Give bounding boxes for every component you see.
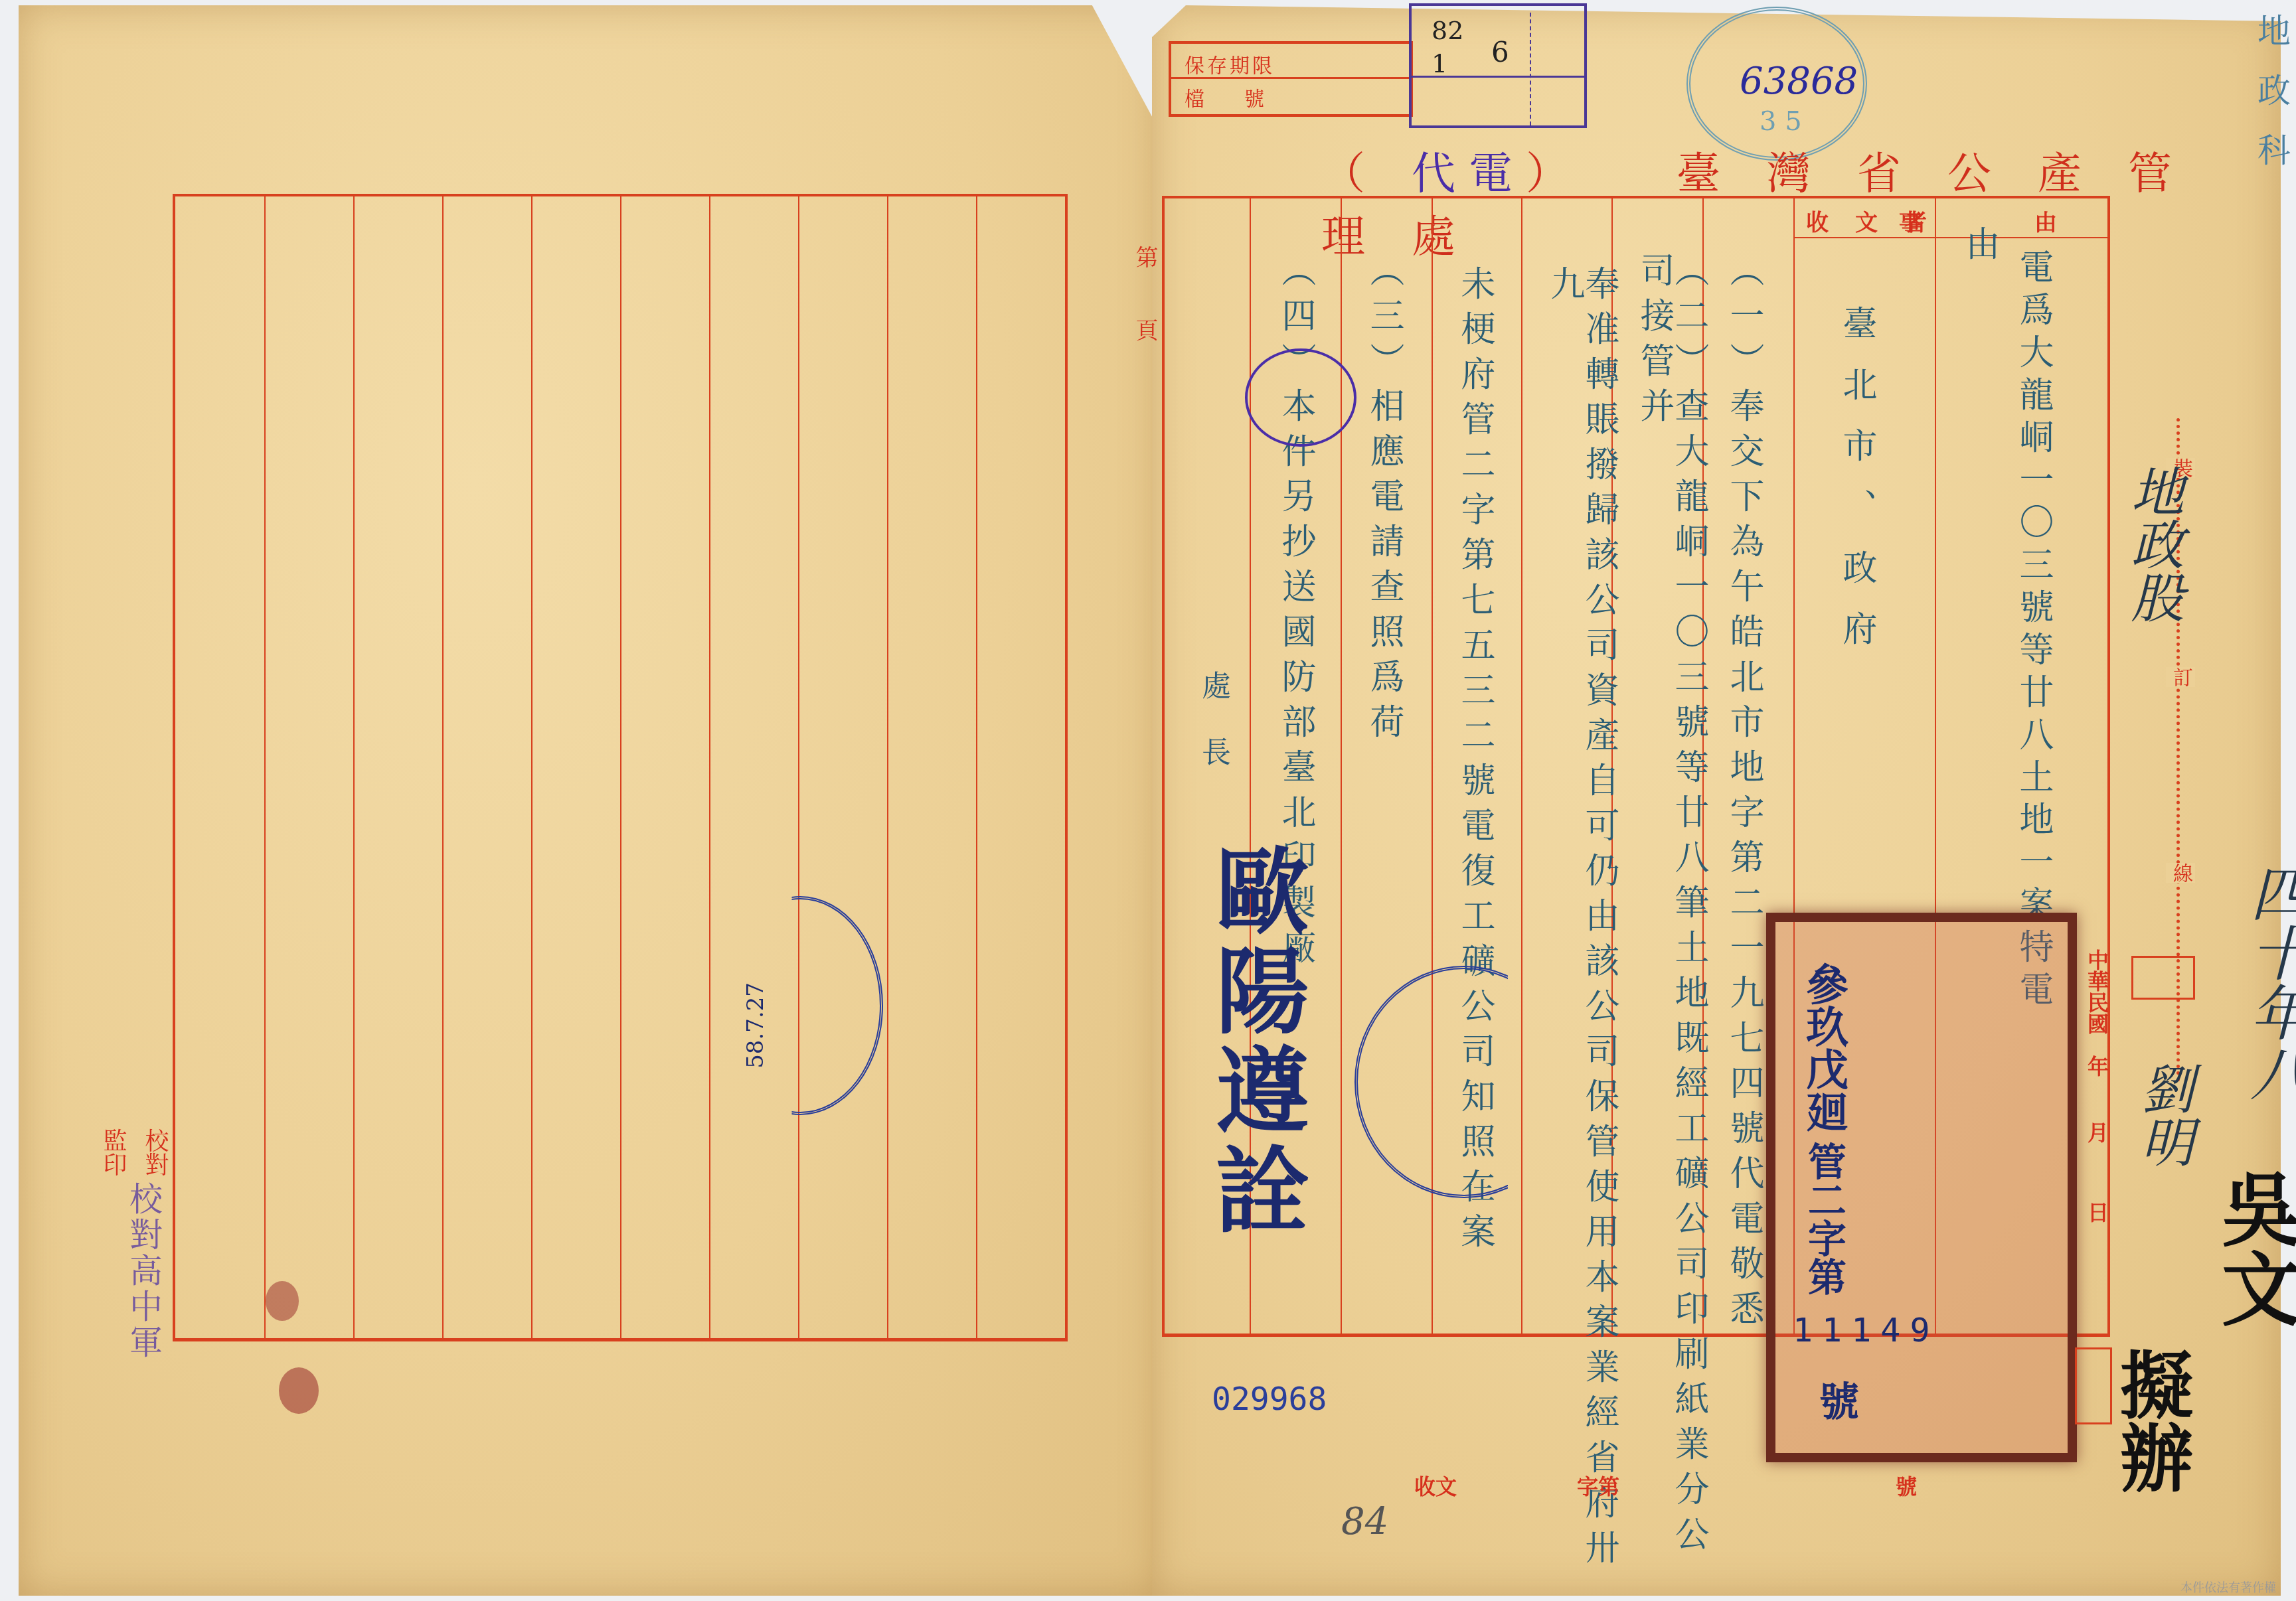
archive-box: 保存期限 檔號: [1169, 41, 1413, 117]
date-era: 中華民國: [2082, 949, 2112, 1034]
seal-label: 監印: [96, 1128, 130, 1176]
seal-issue-suffix: 號: [1819, 1371, 1859, 1428]
seal-issue-word: 管二字第: [1796, 1142, 1852, 1296]
received-number: 63868: [1740, 60, 1858, 103]
file-number-bottom: 1: [1432, 49, 1447, 78]
file-no-label: 檔號: [1185, 82, 1304, 112]
body-item-1: （一）奉交下為午皓北市地字第二一九七四號代電敬悉: [1726, 252, 1761, 1335]
signature-title-zhang: 長: [1192, 737, 1234, 766]
subject-text: 電爲大龍峒一〇三號等廿八土地一案特電: [2016, 249, 2050, 1014]
round-stamp-date-text: 58.7.27: [742, 982, 769, 1069]
ink-blot: [279, 1367, 319, 1414]
date-month: 月: [2082, 1122, 2112, 1143]
body-item-2: （二）查大龍峒一〇三號等廿八筆土地既經工礦公司印刷紙業分公司接管并: [1637, 252, 1706, 1601]
body-item-2-cont: 奉准轉賬撥歸該公司資產自可仍由該公司保管使用本案業經省府卅九: [1547, 266, 1616, 1601]
recipient-text: 臺北市、政府: [1839, 305, 1874, 672]
purple-round-stamp: [1245, 348, 1356, 447]
pencil-note: 84: [1341, 1500, 1388, 1543]
binding-label-xian: 線: [2166, 863, 2195, 883]
date-year: 年: [2082, 1055, 2112, 1077]
annotation-action: 擬辦: [2098, 1347, 2203, 1493]
retention-label: 保存期限: [1185, 49, 1275, 78]
title-type: 代電: [1412, 148, 1526, 199]
file-number-suffix: 6: [1491, 36, 1509, 68]
seal-issue-prefix: 參玖戊廻: [1793, 962, 1854, 1132]
file-number-box: 82 1 6: [1409, 3, 1587, 128]
body-item-3: （三）相應電請查照爲荷: [1366, 252, 1401, 749]
proofreader-stamp: 校對高中軍: [120, 1182, 167, 1361]
file-number-top: 82: [1432, 16, 1463, 45]
header-recipient: 收文者: [1806, 204, 1953, 237]
annotation-date: 四十年八: [2231, 863, 2296, 1102]
page-label-di: 第: [1129, 246, 1161, 268]
ink-blot: [266, 1281, 299, 1321]
subject-suffix: 由: [1962, 226, 1997, 271]
annotation-land-section: 地政股: [2115, 465, 2191, 624]
signature-name: 歐陽遵詮: [1189, 843, 1322, 1241]
left-page-grid: [173, 194, 1068, 1341]
annotation-name-wu: 吳文: [2198, 1168, 2296, 1328]
date-seal: [2131, 956, 2195, 1000]
binding-label-ding: 訂: [2166, 667, 2195, 687]
page-label-ye: 頁: [1129, 319, 1161, 341]
receipt-stamp-date: 3 5: [1760, 106, 1802, 137]
signature-title-chu: 處: [1192, 670, 1234, 700]
annotation-name-liu: 劉明: [2125, 1062, 2201, 1168]
footer-received: 收文: [1414, 1470, 1457, 1501]
footer-word-no: 字第: [1577, 1470, 1619, 1501]
footer-number: 號: [1896, 1470, 1917, 1501]
proofread-label: 校對: [138, 1128, 172, 1176]
serial-number: 029968: [1212, 1381, 1327, 1418]
date-day: 日: [2082, 1201, 2112, 1223]
seal-issue-number: 11149: [1793, 1311, 1939, 1349]
copyright-watermark: 本件依法有著作權: [2180, 1578, 2276, 1596]
